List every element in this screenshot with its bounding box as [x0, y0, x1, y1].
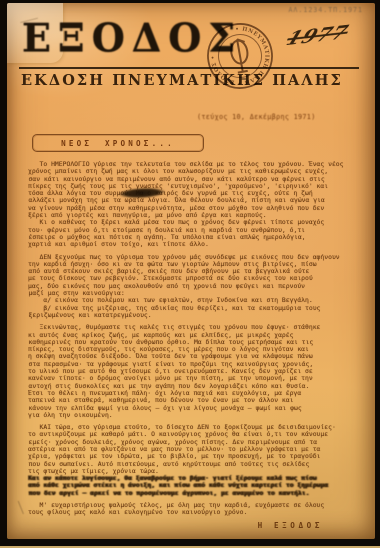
body-line: ΔΕΝ ξεχνούμε πως το γύρισμα του χρόνου μ…: [28, 254, 358, 261]
body-line: εμείς· χρόνος δουλειάς, χρόνος αγώνα, χρ…: [29, 439, 359, 446]
body-paragraph: Και αν κάποτε λυγίσουμε, θα ξαναβρούμε τ…: [28, 475, 358, 497]
body-paragraph: α/ εικόνα του πολέμου και των εφιαλτών, …: [28, 297, 358, 319]
body-line: Μ' ευχαριστήριους ψαλμούς τέλος, με όλη …: [28, 502, 358, 509]
body-line: χέρια, γράφεται με τον ιδρώτα, με το βιβ…: [28, 453, 358, 460]
body-paragraph: Το ΗΜΕΡΟΛΟΓΙΟ γύρισε την τελευταία του σ…: [28, 161, 358, 219]
body-line: σαν κάτι καινούργιο να περιμένουν από αυ…: [29, 176, 359, 183]
body-line: το υλικό που με αυτό θα χτίσουμε ό,τι ον…: [28, 368, 358, 375]
issue-date-line: (τεύχος 10, Δεκέμβρης 1971): [197, 113, 316, 121]
body-line: κανέναν τίποτε· ο δρόμος ανοίγει μόνο με…: [28, 375, 358, 382]
body-line: που δεν σωπαίνει. Αυτό πιστεύουμε, αυτό …: [29, 461, 359, 468]
body-line: κι αυτός ένας κρίκος ζωής, με καρπούς κα…: [28, 332, 358, 339]
body-paragraph: Μ' ευχαριστήριους ψαλμούς τέλος, με όλη …: [28, 502, 358, 517]
body-line: χρόνος μπαίνει στη ζωή μας κι όλοι τον κ…: [28, 168, 358, 175]
body-line: την καρδιά ήσυχη· όσο κι αν τα φώτα των …: [28, 261, 358, 268]
archive-note: ΑΛ.1234.ΤΠ.1971: [288, 6, 363, 14]
masthead-rule: [19, 67, 359, 69]
body-line: Και αν κάποτε λυγίσουμε, θα ξαναβρούμε τ…: [28, 475, 358, 482]
body-line: από κάθε χειμώνα στέκει η άνοιξη, και πί…: [28, 482, 358, 489]
body-line: του· φέρνει μόνο ό,τι ετοίμασε η δουλειά…: [28, 227, 358, 234]
body-text: Το ΗΜΕΡΟΛΟΓΙΟ γύρισε την τελευταία του σ…: [28, 161, 358, 517]
signature: Η ΕΞΟΔΟΣ: [258, 521, 323, 530]
body-paragraph: ΚΑΙ τώρα, στο γύρισμα ετούτο, το δίσεχτο…: [28, 424, 358, 475]
body-line: αλλάζει μονάχη της με τα ωραία λόγια. Όλ…: [29, 197, 359, 204]
body-line: β/ εικόνα της μιζέριας, της αδικίας που …: [28, 305, 358, 312]
body-line: τους φίλους μας καλό και ευλογημένο τον …: [28, 509, 358, 516]
headline-box: ΝΕΟΣ ΧΡΟΝΟΣ...: [32, 134, 204, 152]
body-line: που δεν αργεί — αρκεί να το προσμένουμε …: [29, 490, 359, 497]
body-line: για όλη την οικουμένη.: [28, 412, 358, 419]
body-line: στα περασμένα· τα γράφουμε γιατί είναι τ…: [29, 361, 359, 368]
body-line: το αντικρύζουμε με καθαρό μάτι. Ο καινού…: [28, 431, 358, 438]
body-line: από αυτά στέκουν σκιές βαριές, σκιές που…: [29, 268, 359, 275]
scan-frame: ΑΛ.1234.ΤΠ.1971 ΕΞΟΔΟΣ ΕΚΔΟΣΗ ΠΝΕΥΜΑΤΙΚΗ…: [0, 0, 380, 548]
body-line: πίκρες, τους δισταγμούς, τις κούρασες, τ…: [28, 346, 358, 353]
body-line: αστέρια και από τα φλυτζάνια να μας πουν…: [28, 446, 358, 453]
body-line: Το ΗΜΕΡΟΛΟΓΙΟ γύρισε την τελευταία του σ…: [28, 161, 358, 168]
paper: ΑΛ.1234.ΤΠ.1971 ΕΞΟΔΟΣ ΕΚΔΟΣΗ ΠΝΕΥΜΑΤΙΚΗ…: [7, 3, 375, 539]
body-line: κάνουν την ελπίδα ψωμί για όλους — όχι γ…: [29, 405, 359, 412]
body-line: πίκρες της ζωής τους με τις γνωστές 'ευτ…: [28, 183, 358, 190]
body-line: η σκέψη αναζητούσε διέξοδο. Όλα τούτα δε…: [28, 353, 358, 360]
body-line: τόσα άλλα λόγια του συρμού. Μα ο καιρός …: [28, 190, 358, 197]
body-line: α/ εικόνα του πολέμου και των εφιαλτών, …: [28, 297, 358, 304]
body-line: χαρτιά και αριθμοί στον τοίχο, και τίποτ…: [28, 241, 358, 248]
body-line: τις φτωχές μα τίμιες, χρόνια τώρα.: [28, 468, 358, 475]
stamp-monogram-icon: [229, 38, 250, 73]
body-line: ξέρει από γιορτές και πανηγύρια, μα μόνο…: [28, 212, 358, 219]
body-line: Ξεκινώντας, θυμόμαστε τις καλές τις στιγ…: [28, 324, 358, 331]
body-paragraph: Ξεκινώντας, θυμόμαστε τις καλές τις στιγ…: [28, 324, 358, 419]
body-line: Έτσι το θέλει η πνευματική πάλη· όχι λόγ…: [28, 390, 358, 397]
body-line: να γίνουν πράξη μέσα στην καθημερινότητα…: [28, 205, 358, 212]
body-paragraph: ΔΕΝ ξεχνούμε πως το γύρισμα του χρόνου μ…: [28, 254, 358, 298]
body-line: αντοχή στις δυσκολίες και με την αγάπη π…: [29, 383, 359, 390]
body-line: μας, δύο εικόνες που μας ακολουθούν από …: [28, 283, 358, 290]
body-paragraph: Κι ο καθένας το ξέρει καλά μέσα του πως …: [28, 219, 358, 248]
publisher-stamp: • ΠΝΕΥΜΑΤΙΚΗ ΠΑΛΗ • ΕΞΟΔΟΣ •: [197, 13, 283, 99]
headline-text: ΝΕΟΣ ΧΡΟΝΟΣ...: [61, 139, 175, 148]
body-line: μαζί μας στην καινούργια:: [29, 290, 359, 297]
body-line: ταπεινά και σταθερά, καθημερινά, που δέν…: [28, 397, 358, 404]
body-line: Κι ο καθένας το ξέρει καλά μέσα του πως …: [28, 219, 358, 226]
body-line: ΚΑΙ τώρα, στο γύρισμα ετούτο, το δίσεχτο…: [28, 424, 358, 431]
body-line: καθημερινές που κρατούν τον άνθρωπο όρθι…: [29, 339, 359, 346]
body-line: ξεριζωμένους και κατατρεγμένους.: [29, 312, 359, 319]
body-line: με τους δίσκους των ρεβεγιόν. Στεκόμαστε…: [28, 275, 358, 282]
handwritten-mark: 1977: [283, 22, 352, 51]
masthead-subtitle: ΕΚΔΟΣΗ ΠΝΕΥΜΑΤΙΚΗΣ ΠΑΛΗΣ: [21, 72, 343, 89]
body-line: έσπειρε ο μόχθος και πότισε η αγάπη. Τα …: [29, 234, 359, 241]
